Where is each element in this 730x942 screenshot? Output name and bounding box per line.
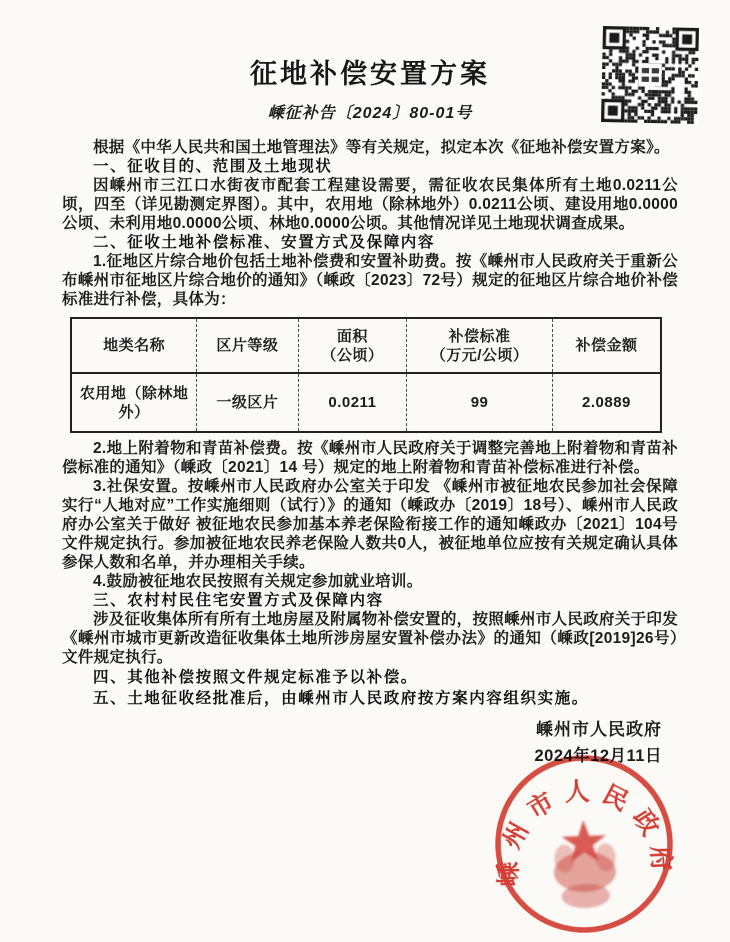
qr-code bbox=[601, 26, 699, 124]
section1-paragraph: 因嵊州市三江口水街夜市配套工程建设需要，需征收农民集体所有土地0.0211公顷，… bbox=[62, 176, 678, 233]
cell-standard: 99 bbox=[407, 373, 553, 432]
section2-paragraph-2: 2.地上附着物和青苗补偿费。按《嵊州市人民政府关于调整完善地上附着物和青苗补偿标… bbox=[62, 439, 678, 477]
section2-heading: 二、征收土地补偿标准、安置方式及保障内容 bbox=[62, 233, 678, 252]
document-body: 征地补偿安置方案 嵊征补告〔2024〕80-01号 根据《中华人民共和国土地管理… bbox=[0, 0, 730, 942]
section3-heading: 三、农村村民住宅安置方式及保障内容 bbox=[62, 591, 678, 610]
intro-paragraph: 根据《中华人民共和国土地管理法》等有关规定，拟定本次《征地补偿安置方案》。 bbox=[62, 138, 678, 157]
section5-heading: 五、土地征收经批准后，由嵊州市人民政府按方案内容组织实施。 bbox=[62, 688, 678, 709]
signature-date: 2024年12月11日 bbox=[62, 743, 662, 769]
cell-land-type: 农用地（除林地外） bbox=[71, 373, 197, 432]
signature-block: 嵊州市人民政府 2024年12月11日 bbox=[62, 717, 678, 769]
section1-heading: 一、征收目的、范围及土地现状 bbox=[62, 157, 678, 176]
section2-paragraph-4: 4.鼓励被征地农民按照有关规定参加就业培训。 bbox=[62, 572, 678, 591]
cell-amount: 2.0889 bbox=[552, 373, 661, 432]
section2-paragraph-1: 1.征地区片综合地价包括土地补偿费和安置补助费。按《嵊州市人民政府关于重新公布嵊… bbox=[62, 252, 678, 309]
cell-area: 0.0211 bbox=[298, 373, 407, 432]
document-number: 嵊征补告〔2024〕80-01号 bbox=[62, 104, 678, 124]
table-row: 农用地（除林地外） 一级区片 0.0211 99 2.0889 bbox=[71, 373, 661, 432]
table-header-row: 地类名称 区片等级 面积 （公顷） 补偿标准 （万元/公顷） 补偿金额 bbox=[71, 318, 661, 373]
section2-paragraph-3: 3.社保安置。按嵊州市人民政府办公室关于印发 《嵊州市被征地农民参加社会保障实行… bbox=[62, 477, 678, 572]
compensation-table: 地类名称 区片等级 面积 （公顷） 补偿标准 （万元/公顷） 补偿金额 农用地（… bbox=[70, 317, 662, 433]
section4-heading: 四、其他补偿按照文件规定标准予以补偿。 bbox=[62, 667, 678, 688]
col-header-zone-level: 区片等级 bbox=[197, 318, 298, 373]
col-header-area: 面积 （公顷） bbox=[298, 318, 407, 373]
signature-organization: 嵊州市人民政府 bbox=[62, 717, 662, 743]
cell-zone-level: 一级区片 bbox=[197, 373, 298, 432]
col-header-standard: 补偿标准 （万元/公顷） bbox=[407, 318, 553, 373]
col-header-amount: 补偿金额 bbox=[552, 318, 661, 373]
section3-paragraph: 涉及征收集体所有所有土地房屋及附属物补偿安置的，按照嵊州市人民政府关于印发《嵊州… bbox=[62, 610, 678, 667]
page-title: 征地补偿安置方案 bbox=[62, 58, 678, 90]
scanned-document-page: { "colors": { "stamp_red": "#d3281e", "i… bbox=[0, 0, 730, 942]
col-header-land-type: 地类名称 bbox=[71, 318, 197, 373]
